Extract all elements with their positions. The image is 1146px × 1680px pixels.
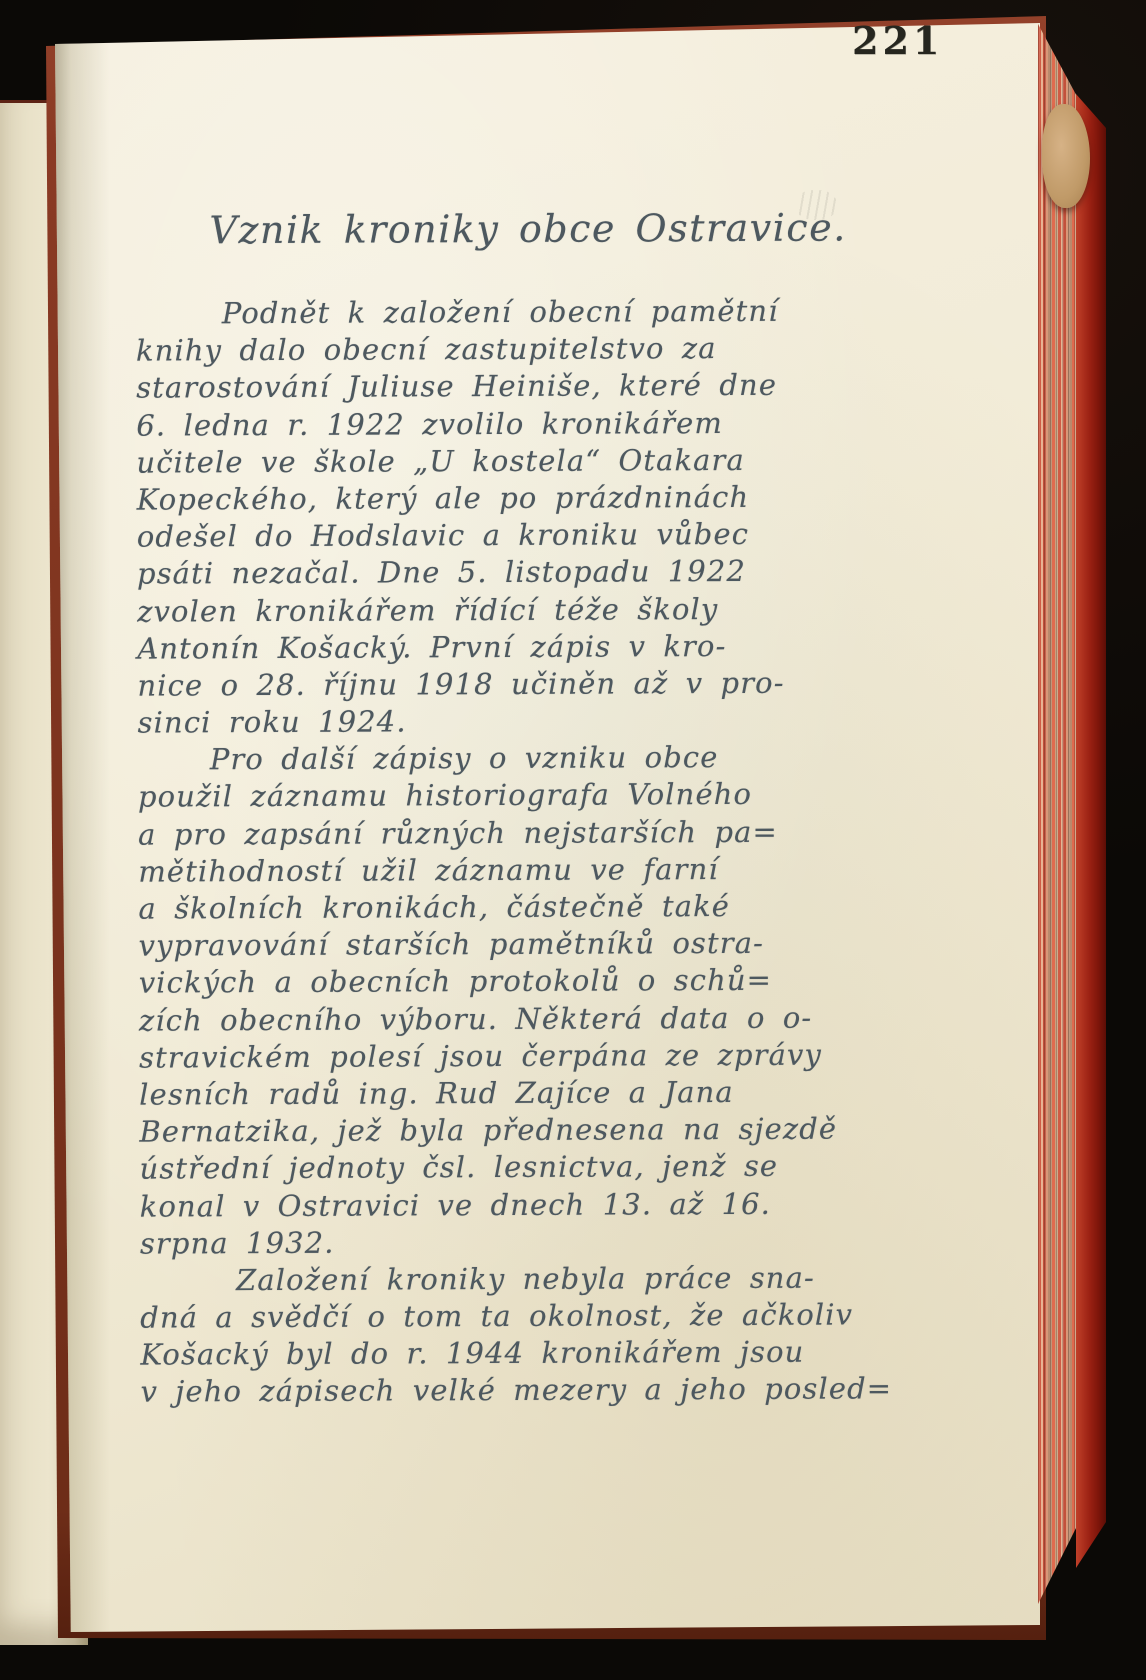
handwritten-line: stravickém polesí jsou čerpána ze zprávy [139,1036,859,1076]
handwritten-line: nice o 28. říjnu 1918 učiněn až v pro- [137,664,857,704]
handwritten-line: zích obecního výboru. Některá data o o- [139,999,859,1039]
handwritten-line: knihy dalo obecní zastupitelstvo za [136,330,856,370]
handwritten-line: v jeho zápisech velké mezery a jeho posl… [140,1371,860,1411]
manuscript-text: Vznik kroniky obce Ostravice. Podnět k z… [135,198,860,1411]
paragraph-1: Podnět k založení obecní pamětní knihy d… [136,292,858,741]
handwritten-line: dná a svědčí o tom ta okolnost, že ačkol… [140,1296,860,1336]
chronicle-title: Vznik kroniky obce Ostravice. [135,198,855,259]
handwritten-line: a pro zapsání různých nejstarších pa= [138,813,858,853]
handwritten-line: a školních kronikách, částečně také [138,887,858,927]
handwritten-line: mětihodností užil záznamu ve farní [138,850,858,890]
handwritten-line: psáti nezačal. Dne 5. listopadu 1922 [137,553,857,593]
handwritten-line: učitele ve škole „U kostela“ Otakara [136,441,856,481]
page-number: 221 [852,18,943,63]
handwritten-line: odešel do Hodslavic a kroniku vůbec [137,516,857,556]
handwritten-line: Založení kroniky nebyla práce sna- [140,1259,860,1299]
paragraph-3: Založení kroniky nebyla práce sna- dná a… [140,1259,861,1411]
handwritten-line: sinci roku 1924. [138,701,858,741]
handwritten-line: vických a obecních protokolů o schů= [139,962,859,1002]
handwritten-line: Kopeckého, který ale po prázdninách [137,478,857,518]
handwritten-line: použil záznamu historiografa Volného [138,776,858,816]
handwritten-line: ústřední jednoty čsl. lesnictva, jenž se [140,1148,860,1188]
handwritten-line: starostování Juliuse Heiniše, které dne [136,367,856,407]
page-stack-fore-edge [1038,24,1080,1616]
handwritten-line: Bernatzika, jež byla přednesena na sjezd… [139,1111,859,1151]
handwritten-line: Podnět k založení obecní pamětní [136,292,856,332]
paragraph-2: Pro další zápisy o vzniku obce použil zá… [138,739,860,1263]
handwritten-line: zvolen kronikářem řídící téže školy [137,590,857,630]
handwritten-line: vypravování starších pamětníků ostra- [139,925,859,965]
handwritten-line: konal v Ostravici ve dnech 13. až 16. [140,1185,860,1225]
book-scan: 221 Vznik kroniky obce Ostravice. Podnět… [0,0,1146,1680]
handwritten-line: 6. ledna r. 1922 zvolilo kronikářem [136,404,856,444]
handwritten-line: lesních radů ing. Rud Zajíce a Jana [139,1073,859,1113]
handwritten-line: srpna 1932. [140,1222,860,1262]
handwritten-line: Antonín Košacký. První zápis v kro- [137,627,857,667]
corner-wear [1042,104,1090,208]
handwritten-line: Košacký byl do r. 1944 kronikářem jsou [140,1334,860,1374]
book-cover-edge [1076,94,1106,1568]
handwritten-line: Pro další zápisy o vzniku obce [138,739,858,779]
